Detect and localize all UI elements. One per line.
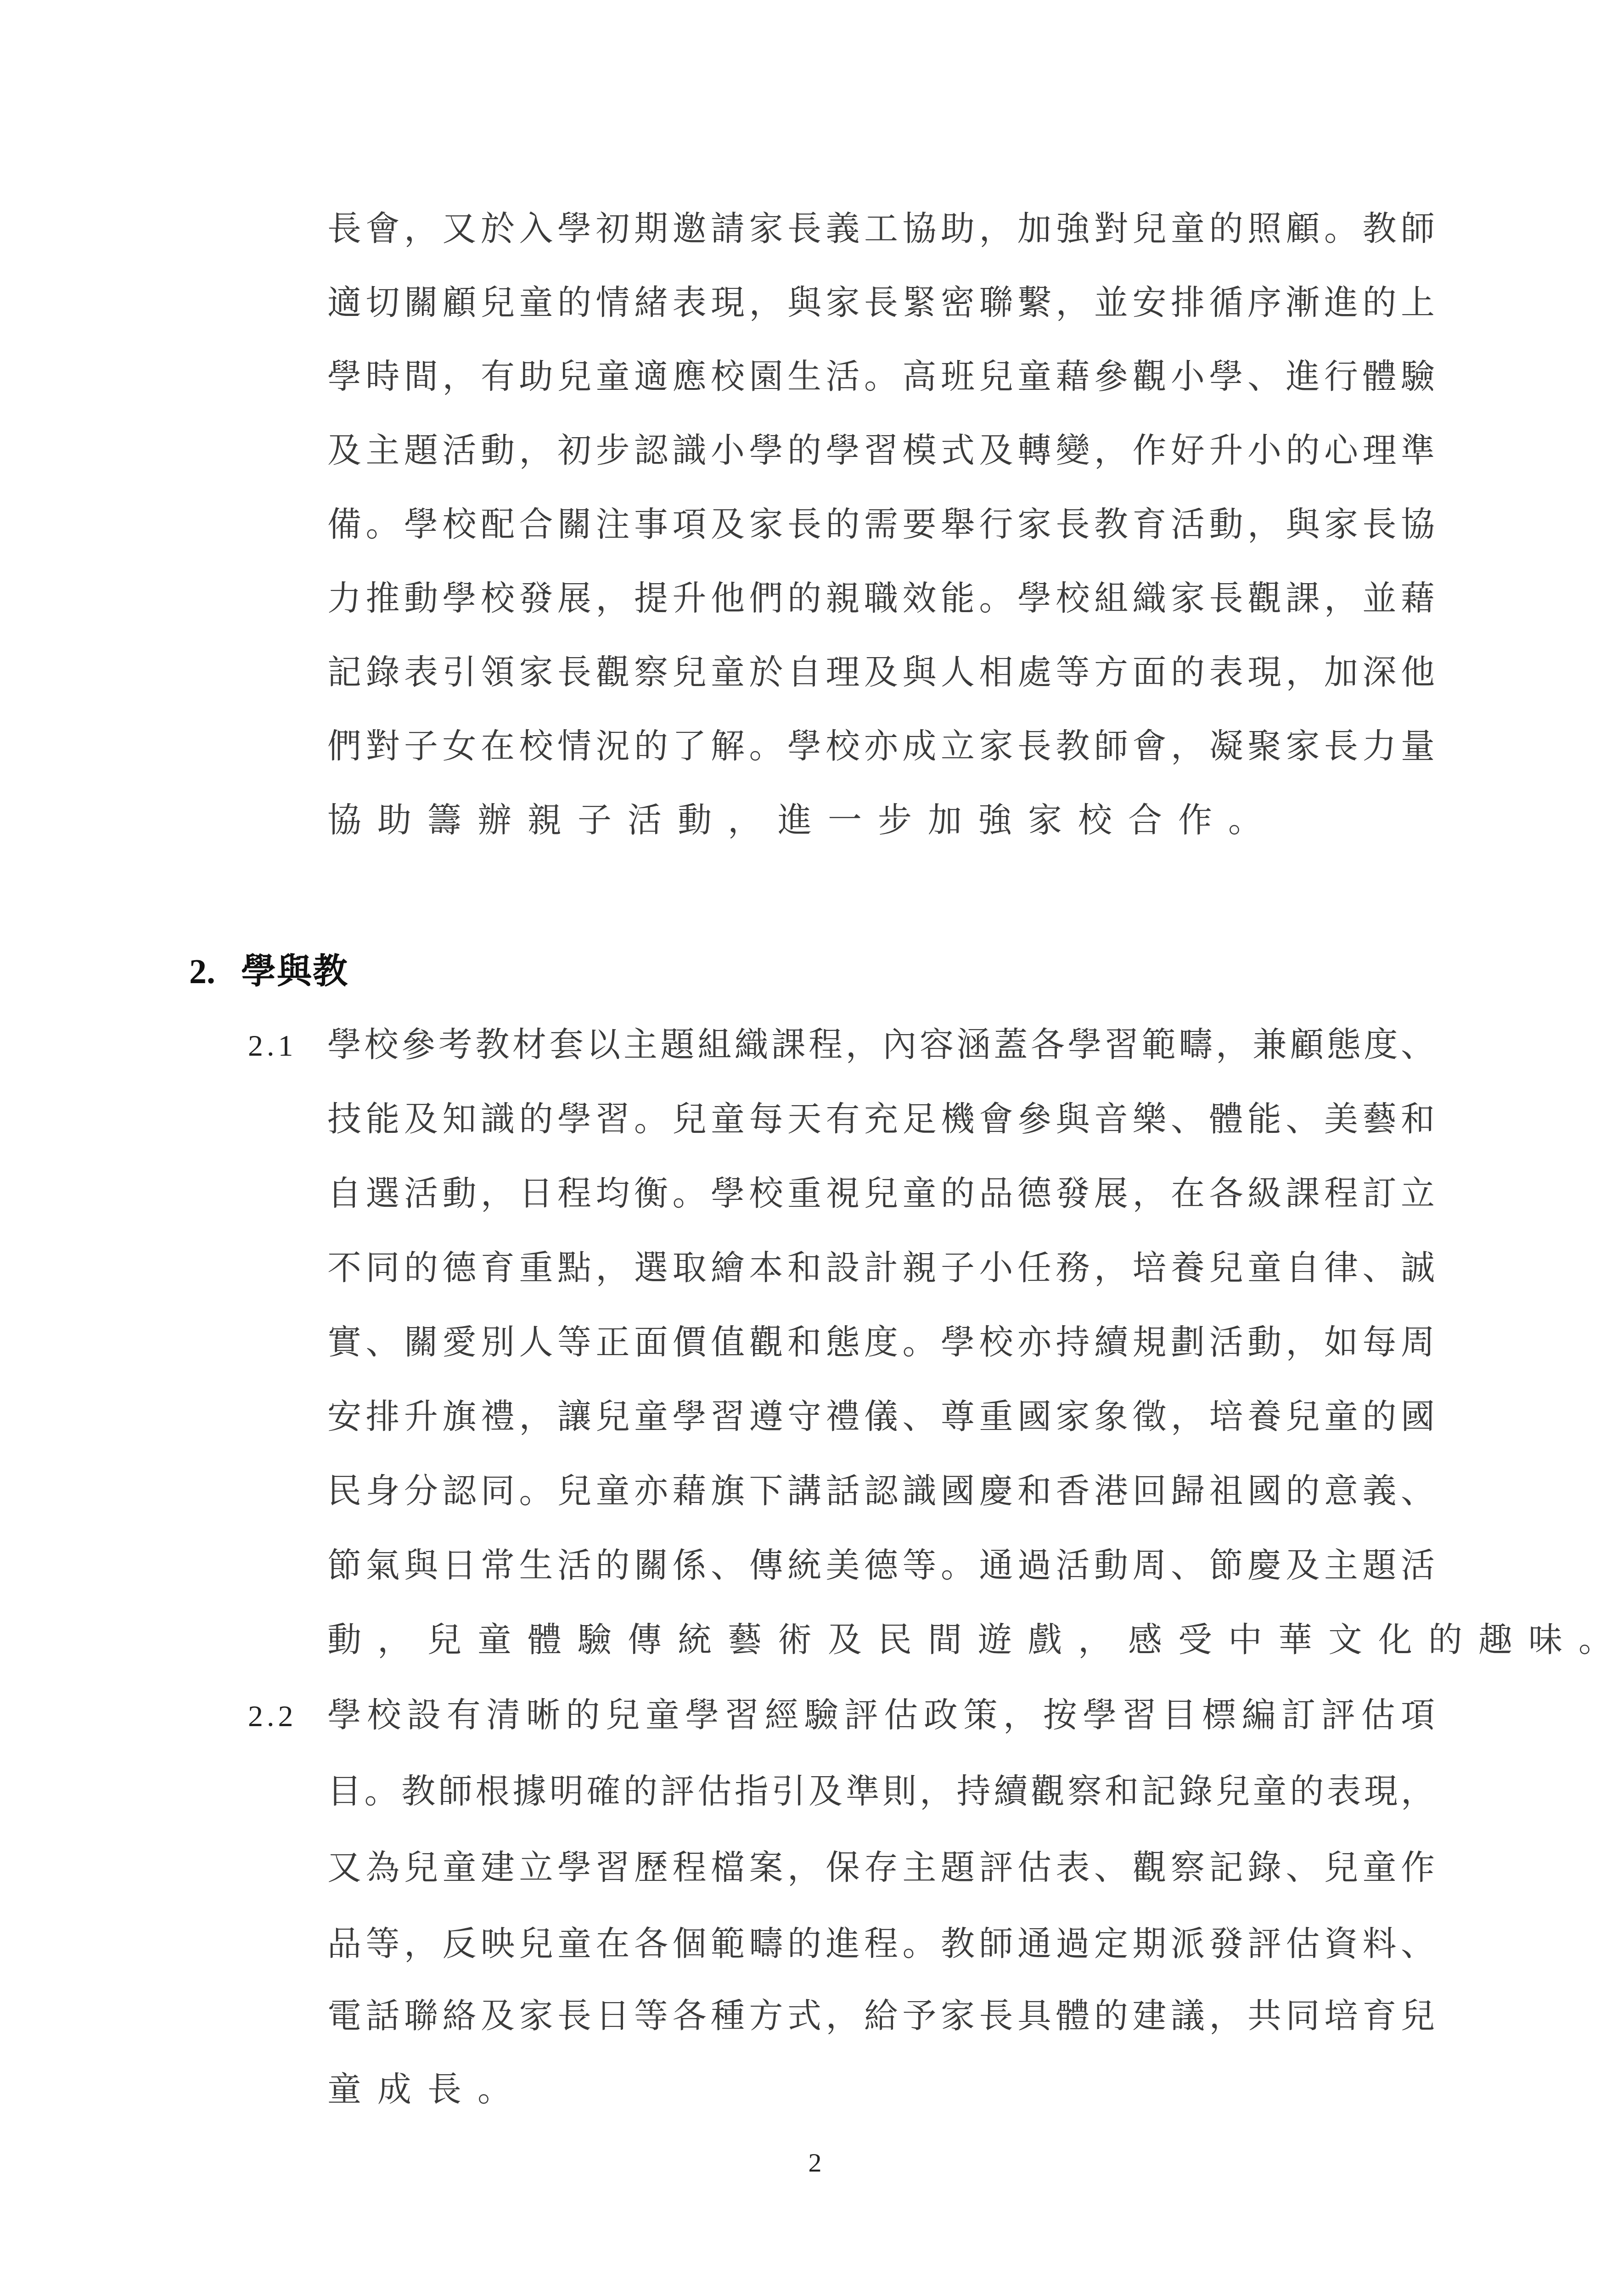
paragraph-line: 不同的德育重點，選取繪本和設計親子小任務，培養兒童自律、誠: [327, 1245, 1435, 1291]
paragraph-line: 童成長。: [327, 2066, 1435, 2112]
paragraph-line: 民身分認同。兒童亦藉旗下講話認識國慶和香港回歸祖國的意義、: [327, 1468, 1435, 1514]
paragraph-line: 學校參考教材套以主題組織課程，內容涵蓋各學習範疇，兼顧態度、: [327, 1022, 1435, 1068]
paragraph-line: 又為兒童建立學習歷程檔案，保存主題評估表、觀察記錄、兒童作: [327, 1845, 1435, 1891]
paragraph-line: 安排升旗禮，讓兒童學習遵守禮儀、尊重國家象徵，培養兒童的國: [327, 1394, 1435, 1440]
paragraph-line: 力推動學校發展，提升他們的親職效能。學校組織家長觀課，並藉: [327, 575, 1435, 621]
paragraph-line: 目。教師根據明確的評估指引及準則，持續觀察和記錄兒童的表現，: [327, 1768, 1435, 1814]
item-number: 2.1: [248, 1023, 297, 1069]
paragraph-line: 記錄表引領家長觀察兒童於自理及與人相處等方面的表現，加深他: [327, 649, 1435, 695]
paragraph-line: 學校設有清晰的兒童學習經驗評估政策，按學習目標編訂評估項: [327, 1692, 1435, 1738]
paragraph-line: 協助籌辦親子活動，進一步加強家校合作。: [327, 797, 1435, 843]
paragraph-line: 長會，又於入學初期邀請家長義工協助，加強對兒童的照顧。教師: [327, 206, 1435, 252]
page-number: 2: [806, 2142, 824, 2183]
paragraph-line: 及主題活動，初步認識小學的學習模式及轉變，作好升小的心理準: [327, 428, 1435, 473]
paragraph-line: 們對子女在校情況的了解。學校亦成立家長教師會，凝聚家長力量: [327, 723, 1435, 769]
paragraph-line: 動，兒童體驗傳統藝術及民間遊戲，感受中華文化的趣味。: [327, 1617, 1435, 1663]
paragraph-line: 品等，反映兒童在各個範疇的進程。教師通過定期派發評估資料、: [327, 1921, 1435, 1967]
item-number: 2.2: [248, 1694, 297, 1739]
section-heading: 2.學與教: [189, 948, 348, 994]
paragraph-line: 備。學校配合關注事項及家長的需要舉行家長教育活動，與家長協: [327, 501, 1435, 547]
paragraph-line: 學時間，有助兒童適應校園生活。高班兒童藉參觀小學、進行體驗: [327, 354, 1435, 400]
paragraph-line: 實、關愛別人等正面價值觀和態度。學校亦持續規劃活動，如每周: [327, 1319, 1435, 1365]
section-title: 學與教: [241, 951, 348, 991]
paragraph-line: 自選活動，日程均衡。學校重視兒童的品德發展，在各級課程訂立: [327, 1171, 1435, 1216]
document-page: 長會，又於入學初期邀請家長義工協助，加強對兒童的照顧。教師 適切關顧兒童的情緒表…: [0, 0, 1623, 2296]
paragraph-line: 技能及知識的學習。兒童每天有充足機會參與音樂、體能、美藝和: [327, 1096, 1435, 1142]
paragraph-line: 電話聯絡及家長日等各種方式，給予家長具體的建議，共同培育兒: [327, 1993, 1435, 2039]
paragraph-line: 適切關顧兒童的情緒表現，與家長緊密聯繫，並安排循序漸進的上: [327, 280, 1435, 326]
paragraph-line: 節氣與日常生活的關係、傳統美德等。通過活動周、節慶及主題活: [327, 1542, 1435, 1588]
section-number: 2.: [189, 949, 241, 995]
